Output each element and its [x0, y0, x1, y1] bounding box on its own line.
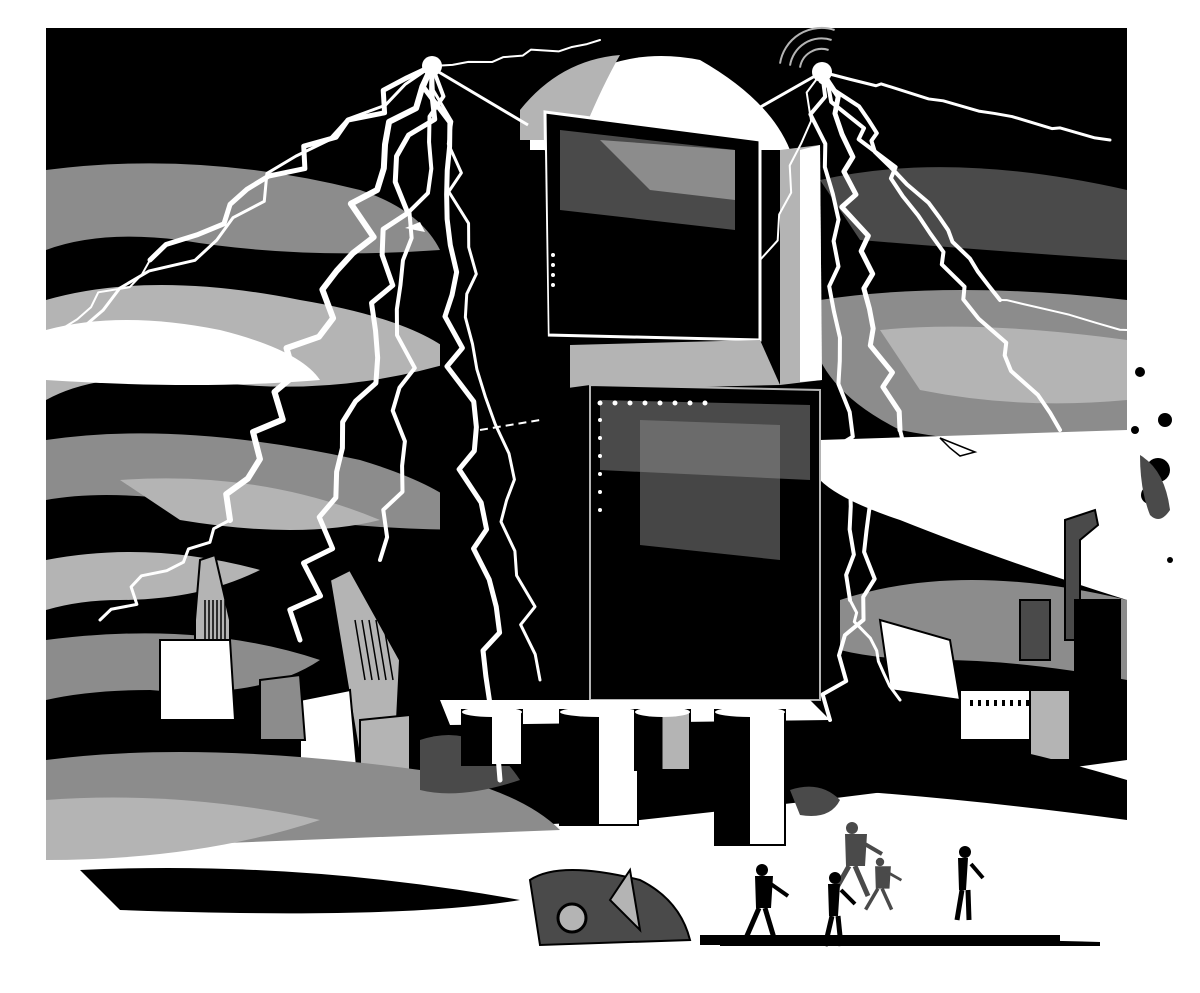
rivet	[598, 490, 602, 494]
person-body	[755, 876, 773, 908]
window	[994, 700, 997, 706]
rivet	[598, 418, 602, 422]
window	[1010, 700, 1013, 706]
person-body	[875, 866, 891, 888]
person-body	[845, 834, 867, 866]
car-wheel	[558, 904, 586, 932]
robot-head-side-light	[800, 145, 822, 382]
robot-leg-top	[560, 707, 638, 717]
window	[978, 700, 981, 706]
rivet	[598, 401, 603, 406]
window	[970, 700, 973, 706]
building	[1020, 600, 1050, 660]
robot-leg-shadow	[462, 710, 492, 765]
robot-leg-shadow	[635, 710, 663, 770]
rivet	[643, 401, 648, 406]
rivet	[598, 454, 602, 458]
rivet	[551, 263, 555, 267]
rivet	[598, 436, 602, 440]
ink-splatter	[1131, 367, 1173, 563]
scene-canvas	[0, 0, 1200, 993]
robot-leg-top	[635, 707, 690, 717]
rivet	[688, 401, 693, 406]
building	[260, 675, 305, 740]
rivet	[703, 401, 708, 406]
person-body	[828, 884, 840, 916]
window	[1002, 700, 1005, 706]
ink-blot	[1167, 557, 1173, 563]
person-leg	[968, 890, 969, 920]
robot-leg-shadow	[715, 710, 750, 845]
ink-blot	[1135, 367, 1145, 377]
person-head	[876, 858, 884, 866]
robot-leg-top	[715, 707, 785, 717]
rivet	[598, 508, 602, 512]
window	[1026, 700, 1029, 706]
rivet	[613, 401, 618, 406]
building	[160, 640, 235, 720]
person-head	[756, 864, 768, 876]
right-antenna-sphere	[812, 62, 832, 82]
left-antenna-sphere	[422, 56, 442, 76]
person-head	[829, 872, 841, 884]
window	[1018, 700, 1021, 706]
rivet	[551, 283, 555, 287]
rivet	[673, 401, 678, 406]
building	[960, 690, 1040, 740]
rivet	[551, 253, 555, 257]
window	[986, 700, 989, 706]
rivet	[658, 401, 663, 406]
ink-blot	[1158, 413, 1172, 427]
rivet	[628, 401, 633, 406]
building	[1030, 690, 1070, 760]
robot-leg-shadow	[560, 710, 599, 825]
person-head	[846, 822, 858, 834]
building	[1075, 600, 1120, 720]
robot-neck	[570, 340, 780, 390]
person-head	[959, 846, 971, 858]
ink-blot	[1131, 426, 1139, 434]
robot-torso-texture	[640, 420, 780, 560]
rivet	[598, 472, 602, 476]
rivet	[551, 273, 555, 277]
